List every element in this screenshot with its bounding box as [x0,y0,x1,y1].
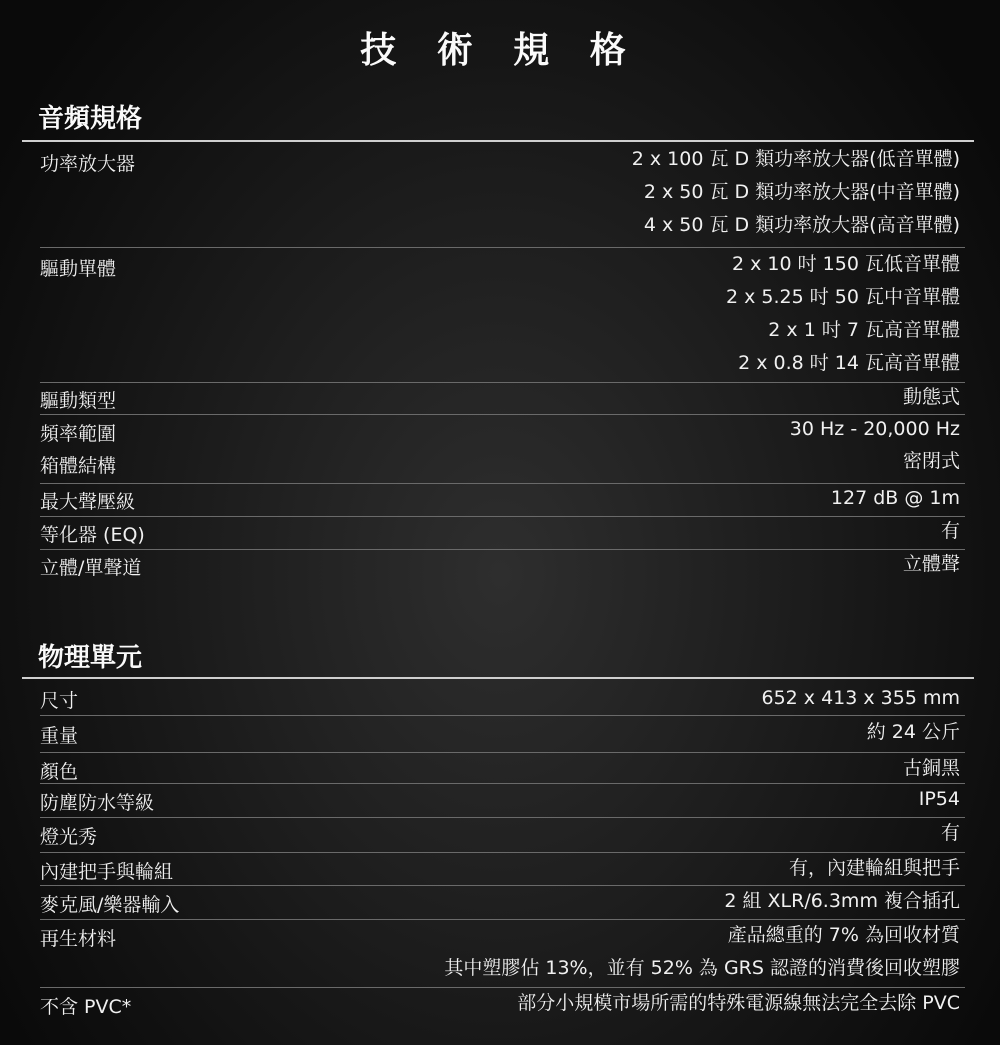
spec-label: 重量 [40,721,78,748]
spec-label: 顏色 [40,757,78,784]
spec-value: 30 Hz - 20,000 Hz [790,413,960,446]
spec-row-amplifier: 功率放大器 2 x 100 瓦 D 類功率放大器(低音單體) 2 x 50 瓦 … [40,143,965,246]
spec-row-enclosure: 箱體結構 密閉式 [40,447,965,483]
spec-row-driver-type: 驅動類型 動態式 [40,382,965,415]
spec-label: 箱體結構 [40,451,116,478]
spec-value: 2 x 50 瓦 D 類功率放大器(中音單體) [632,176,960,209]
spec-value: 立體聲 [903,548,960,581]
spec-label: 最大聲壓級 [40,487,135,514]
spec-row-eq: 等化器 (EQ) 有 [40,516,965,549]
spec-value: 古銅黑 [903,752,960,785]
spec-label: 立體/單聲道 [40,553,141,580]
spec-row-light-show: 燈光秀 有 [40,817,965,852]
spec-label: 再生材料 [40,924,116,951]
spec-row-max-spl: 最大聲壓級 127 dB @ 1m [40,483,965,516]
page-title: 技 術 規 格 [0,22,1000,73]
section-divider-audio [22,140,974,142]
spec-value: 有，內建輪組與把手 [789,852,960,885]
spec-label: 驅動單體 [40,254,116,281]
spec-label: 燈光秀 [40,822,97,849]
spec-label: 不含 PVC* [40,992,131,1019]
spec-label: 等化器 (EQ) [40,520,145,547]
spec-row-ip-rating: 防塵防水等級 IP54 [40,783,965,817]
spec-value: 2 x 5.25 吋 50 瓦中音單體 [726,281,960,314]
spec-row-weight: 重量 約 24 公斤 [40,715,965,752]
spec-label: 防塵防水等級 [40,788,154,815]
spec-label: 功率放大器 [40,149,135,176]
spec-row-handle-wheels: 內建把手與輪組 有，內建輪組與把手 [40,852,965,886]
spec-value: 密閉式 [903,445,960,478]
spec-value: 有 [941,515,960,548]
spec-value: 部分小規模市場所需的特殊電源線無法完全去除 PVC [517,987,960,1020]
spec-value: 652 x 413 x 355 mm [762,682,961,715]
spec-value: 有 [941,817,960,850]
spec-value: 其中塑膠佔 13%，並有 52% 為 GRS 認證的消費後回收塑膠 [444,952,960,985]
spec-row-mic-instrument-input: 麥克風/樂器輸入 2 組 XLR/6.3mm 複合插孔 [40,885,965,919]
spec-row-dimensions: 尺寸 652 x 413 x 355 mm [40,680,965,715]
spec-label: 內建把手與輪組 [40,857,173,884]
section-title-audio: 音頻規格 [38,98,142,135]
spec-row-frequency-range: 頻率範圍 30 Hz - 20,000 Hz [40,414,965,448]
spec-label: 麥克風/樂器輸入 [40,890,179,917]
spec-value: 產品總重的 7% 為回收材質 [444,919,960,952]
spec-value: 2 x 0.8 吋 14 瓦高音單體 [726,347,960,380]
section-divider-physical [22,677,974,679]
spec-row-pvc-free: 不含 PVC* 部分小規模市場所需的特殊電源線無法完全去除 PVC [40,987,965,1023]
spec-label: 尺寸 [40,686,78,713]
spec-value: 約 24 公斤 [867,716,960,749]
spec-value: 2 x 1 吋 7 瓦高音單體 [726,314,960,347]
spec-row-drivers: 驅動單體 2 x 10 吋 150 瓦低音單體 2 x 5.25 吋 50 瓦中… [40,247,965,382]
spec-value: 4 x 50 瓦 D 類功率放大器(高音單體) [632,209,960,242]
spec-row-color: 顏色 古銅黑 [40,752,965,783]
section-title-physical: 物理單元 [38,637,142,674]
spec-label: 驅動類型 [40,386,116,413]
spec-label: 頻率範圍 [40,419,116,446]
spec-value: IP54 [919,783,960,816]
spec-row-recycled-material: 再生材料 產品總重的 7% 為回收材質 其中塑膠佔 13%，並有 52% 為 G… [40,919,965,987]
spec-value: 2 x 10 吋 150 瓦低音單體 [726,248,960,281]
spec-row-stereo-mono: 立體/單聲道 立體聲 [40,549,965,584]
spec-value: 127 dB @ 1m [831,482,960,515]
spec-value: 2 組 XLR/6.3mm 複合插孔 [724,885,960,918]
spec-value: 動態式 [903,381,960,414]
spec-value: 2 x 100 瓦 D 類功率放大器(低音單體) [632,143,960,176]
